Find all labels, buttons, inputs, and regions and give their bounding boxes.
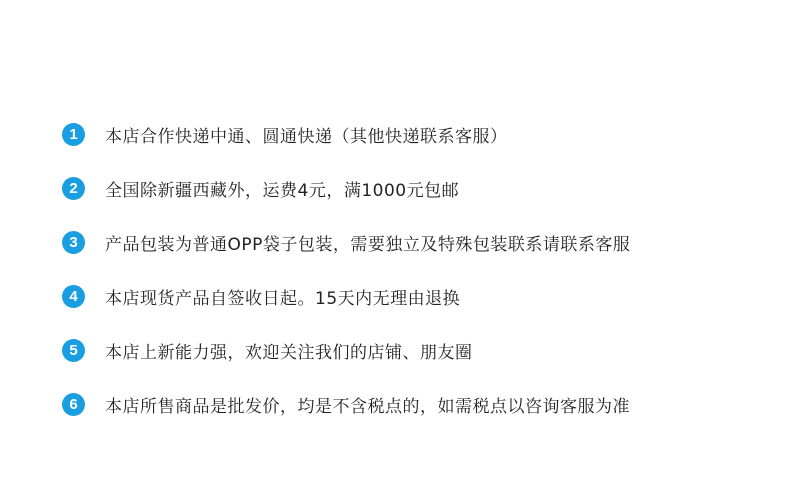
notice-item: 5 本店上新能力强，欢迎关注我们的店铺、朋友圈 bbox=[62, 338, 630, 362]
notice-text: 本店现货产品自签收日起。15天内无理由退换 bbox=[105, 284, 460, 309]
notice-item: 6 本店所售商品是批发价，均是不含税点的，如需税点以咨询客服为准 bbox=[62, 392, 630, 416]
notice-text: 本店合作快递中通、圆通快递（其他快递联系客服） bbox=[105, 122, 508, 147]
number-badge: 6 bbox=[62, 393, 85, 416]
number-badge: 1 bbox=[62, 123, 85, 146]
notice-item: 3 产品包装为普通OPP袋子包装，需要独立及特殊包装联系请联系客服 bbox=[62, 230, 630, 254]
notice-item: 1 本店合作快递中通、圆通快递（其他快递联系客服） bbox=[62, 122, 630, 146]
notice-item: 4 本店现货产品自签收日起。15天内无理由退换 bbox=[62, 284, 630, 308]
number-badge: 2 bbox=[62, 177, 85, 200]
number-badge: 5 bbox=[62, 339, 85, 362]
notice-list: 1 本店合作快递中通、圆通快递（其他快递联系客服） 2 全国除新疆西藏外，运费4… bbox=[62, 122, 630, 446]
notice-text: 本店所售商品是批发价，均是不含税点的，如需税点以咨询客服为准 bbox=[105, 392, 630, 417]
notice-item: 2 全国除新疆西藏外，运费4元，满1000元包邮 bbox=[62, 176, 630, 200]
notice-text: 产品包装为普通OPP袋子包装，需要独立及特殊包装联系请联系客服 bbox=[105, 230, 630, 255]
number-badge: 4 bbox=[62, 285, 85, 308]
number-badge: 3 bbox=[62, 231, 85, 254]
notice-text: 全国除新疆西藏外，运费4元，满1000元包邮 bbox=[105, 176, 459, 201]
notice-text: 本店上新能力强，欢迎关注我们的店铺、朋友圈 bbox=[105, 338, 473, 363]
